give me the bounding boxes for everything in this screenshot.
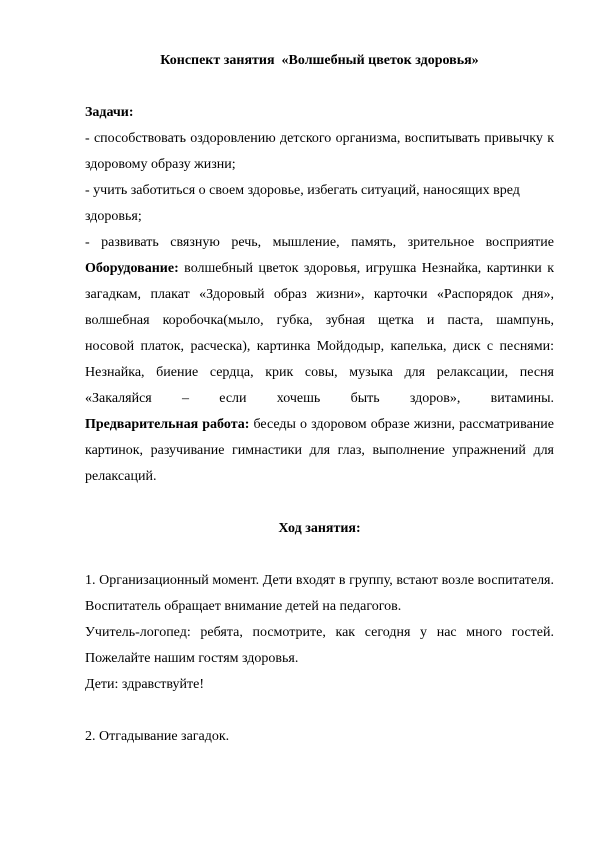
text-line: «Закаляйся – если хочешь быть здоров», в… xyxy=(85,386,554,412)
text-run: 2. Отгадывание загадок. xyxy=(85,729,229,744)
text-line: картинок, разучивание гимнастики для гла… xyxy=(85,438,554,464)
document-body: Конспект занятия «Волшебный цветок здоро… xyxy=(85,48,554,750)
text-line: носовой платок, расческа), картинка Мойд… xyxy=(85,334,554,360)
text-run: носовой платок, расческа), картинка Мойд… xyxy=(85,339,554,354)
text-run: - способствовать оздоровлению детского о… xyxy=(85,131,554,146)
text-line: здоровья; xyxy=(85,204,554,230)
text-line: Предварительная работа: беседы о здорово… xyxy=(85,412,554,438)
bold-label: Ход занятия: xyxy=(278,521,360,536)
document-page: Конспект занятия «Волшебный цветок здоро… xyxy=(0,0,595,842)
text-run: «Закаляйся – если хочешь быть здоров», в… xyxy=(85,391,554,406)
document-title: Конспект занятия «Волшебный цветок здоро… xyxy=(85,48,554,74)
text-line xyxy=(85,698,554,724)
text-line xyxy=(85,542,554,568)
text-line: Незнайка, биение сердца, крик совы, музы… xyxy=(85,360,554,386)
text-run: волшебная коробочка(мыло, губка, зубная … xyxy=(85,313,554,334)
text-line xyxy=(85,490,554,516)
text-line: - развивать связную речь, мышление, памя… xyxy=(85,230,554,256)
text-run: Дети: здравствуйте! xyxy=(85,677,204,692)
text-run: волшебный цветок здоровья, игрушка Незна… xyxy=(179,261,554,276)
text-line: Воспитатель обращает внимание детей на п… xyxy=(85,594,554,620)
text-line: Дети: здравствуйте! xyxy=(85,672,554,698)
text-run: - развивать связную речь, мышление, памя… xyxy=(85,235,554,250)
text-run: загадкам, плакат «Здоровый образ жизни»,… xyxy=(85,287,554,302)
text-run: Незнайка, биение сердца, крик совы, музы… xyxy=(85,365,554,380)
text-run: Учитель-логопед: ребята, посмотрите, как… xyxy=(85,625,554,640)
text-line: Пожелайте нашим гостям здоровья. xyxy=(85,646,554,672)
text-line: Учитель-логопед: ребята, посмотрите, как… xyxy=(85,620,554,646)
text-line: загадкам, плакат «Здоровый образ жизни»,… xyxy=(85,282,554,308)
bold-label: Задачи: xyxy=(85,105,134,120)
bold-label: Конспект занятия «Волшебный цветок здоро… xyxy=(160,53,478,68)
text-line: - учить заботиться о своем здоровье, изб… xyxy=(85,178,554,204)
text-run: здоровья; xyxy=(85,209,142,224)
text-run: здоровому образу жизни; xyxy=(85,157,236,172)
text-run: 1. Организационный момент. Дети входят в… xyxy=(85,573,554,588)
text-line: волшебная коробочка(мыло, губка, зубная … xyxy=(85,308,554,334)
text-run: - учить заботиться о своем здоровье, изб… xyxy=(85,183,520,198)
text-run: картинок, разучивание гимнастики для гла… xyxy=(85,443,554,458)
text-line: 2. Отгадывание загадок. xyxy=(85,724,554,750)
text-line: - способствовать оздоровлению детского о… xyxy=(85,126,554,152)
text-run: Пожелайте нашим гостям здоровья. xyxy=(85,651,298,666)
lesson-flow-heading: Ход занятия: xyxy=(85,516,554,542)
text-run: беседы о здоровом образе жизни, рассматр… xyxy=(249,417,554,432)
bold-label: Оборудование: xyxy=(85,261,179,276)
text-line xyxy=(85,74,554,100)
tasks-heading: Задачи: xyxy=(85,100,554,126)
text-line: Оборудование: волшебный цветок здоровья,… xyxy=(85,256,554,282)
text-run: релаксаций. xyxy=(85,469,156,484)
bold-label: Предварительная работа: xyxy=(85,417,249,432)
text-line: релаксаций. xyxy=(85,464,554,490)
text-line: здоровому образу жизни; xyxy=(85,152,554,178)
text-run: Воспитатель обращает внимание детей на п… xyxy=(85,599,401,614)
text-line: 1. Организационный момент. Дети входят в… xyxy=(85,568,554,594)
